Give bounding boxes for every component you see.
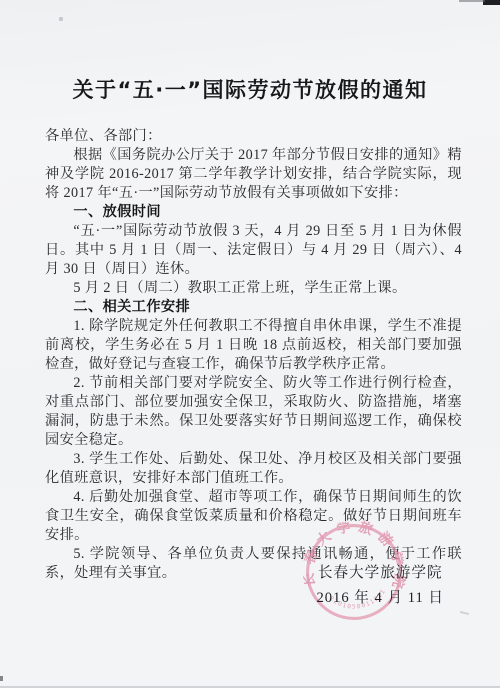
signature-date: 2016 年 4 月 11 日 bbox=[316, 586, 444, 611]
work-item-3: 3. 学生工作处、后勤处、保卫处、净月校区及相关部门要强化值班意识，安排好本部门… bbox=[45, 450, 462, 488]
notice-title: 关于“五·一”国际劳动节放假的通知 bbox=[0, 0, 500, 104]
workday-paragraph: 5 月 2 日（周二）教职工正常上班，学生正常上课。 bbox=[45, 279, 462, 298]
scan-speck bbox=[0, 676, 3, 681]
scan-speck bbox=[59, 17, 63, 21]
intro-paragraph: 根据《国务院办公厅关于 2017 年部分节假日安排的通知》精神及学院 2016-… bbox=[45, 146, 462, 203]
work-item-1: 1. 除学院规定外任何教职工不得擅自串休串课，学生不准提前离校，学生务必在 5 … bbox=[45, 317, 462, 374]
scanned-notice-page: 关于“五·一”国际劳动节放假的通知 各单位、各部门： 根据《国务院办公厅关于 2… bbox=[0, 0, 500, 688]
salutation-line: 各单位、各部门： bbox=[45, 127, 462, 146]
scan-edge-artifact bbox=[483, 0, 500, 5]
notice-body: 各单位、各部门： 根据《国务院办公厅关于 2017 年部分节假日安排的通知》精神… bbox=[45, 127, 462, 583]
signature-org: 长春大学旅游学院 bbox=[316, 561, 444, 586]
section-1-heading: 一、放假时间 bbox=[45, 203, 462, 222]
scan-speck bbox=[460, 611, 469, 615]
work-item-2: 2. 节前相关部门要对学院安全、防火等工作进行例行检查，对重点部门、部位要加强安… bbox=[45, 374, 462, 450]
signature-block: 长春大学旅游学院 2016 年 4 月 11 日 bbox=[316, 561, 444, 611]
holiday-dates-paragraph: “五·一”国际劳动节放假 3 天，4 月 29 日至 5 月 1 日为休假日。其… bbox=[45, 222, 462, 279]
scan-edge-artifact-tail bbox=[459, 0, 485, 2]
section-2-heading: 二、相关工作安排 bbox=[45, 298, 462, 317]
